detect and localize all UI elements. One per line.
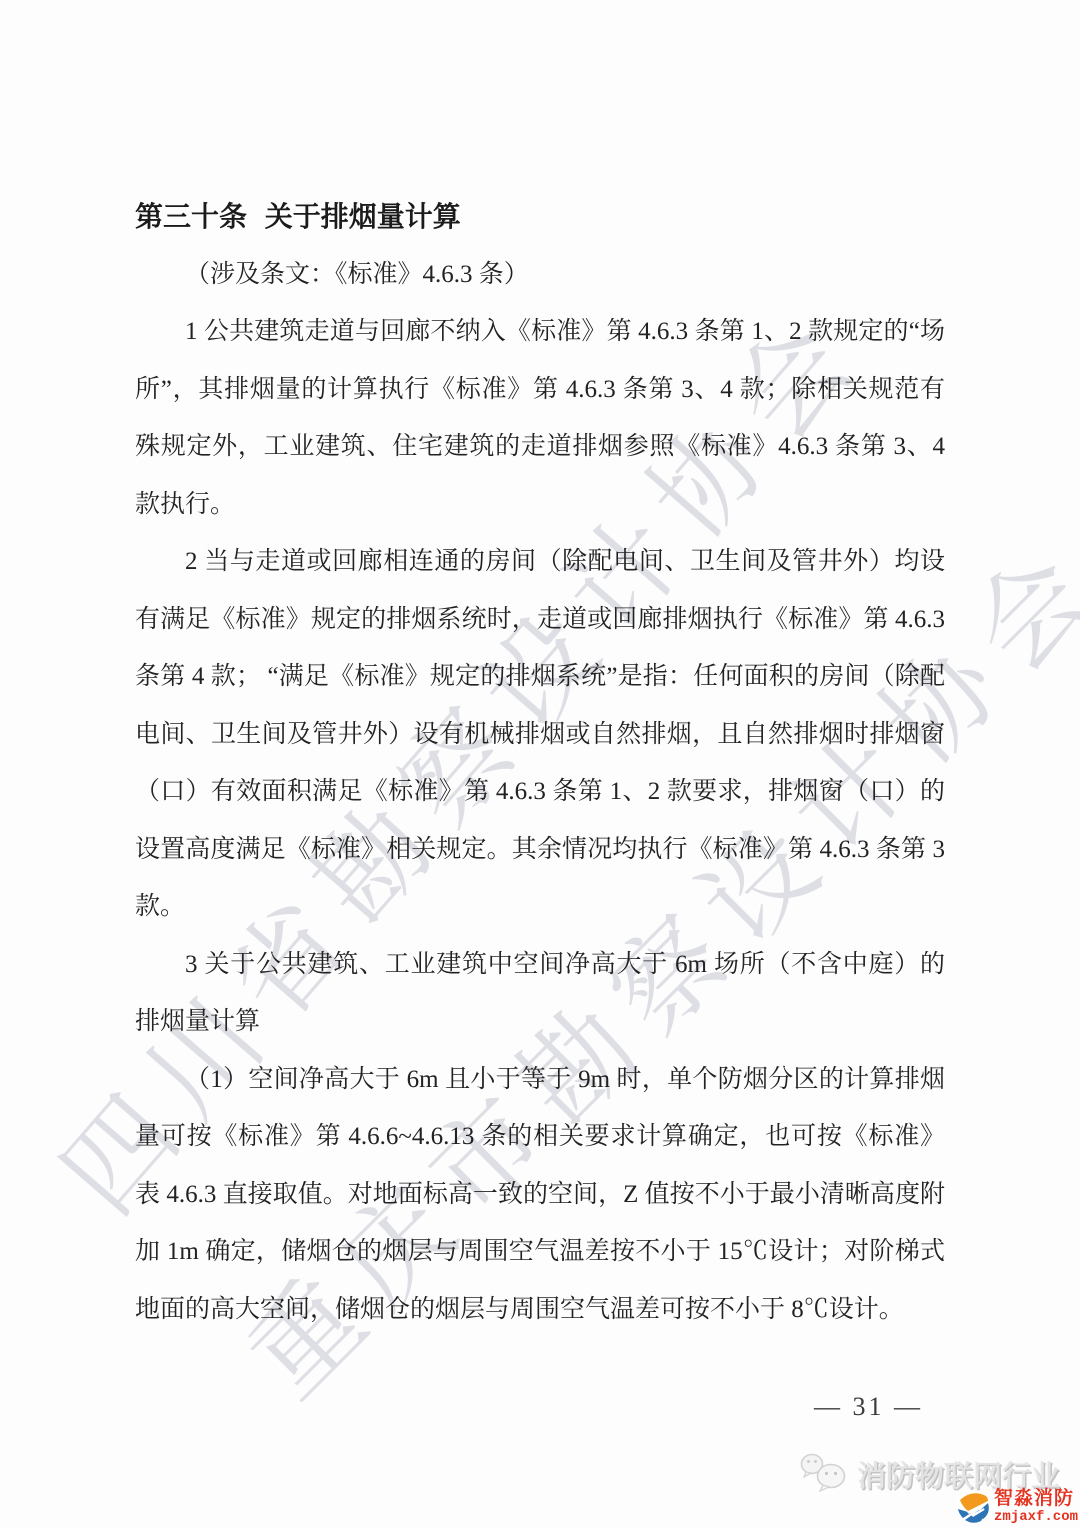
document-line: 2 当与走道或回廊相连通的房间（除配电间、卫生间及管井外）均设	[135, 533, 945, 591]
brand-site: zmjaxf.com	[994, 1510, 1078, 1524]
document-line: 款执行。	[135, 476, 945, 534]
document-line: 殊规定外，工业建筑、住宅建筑的走道排烟参照《标准》4.6.3 条第 3、4	[135, 418, 945, 476]
document-body: 第三十条 关于排烟量计算 （涉及条文：《标准》4.6.3 条）1 公共建筑走道与…	[135, 188, 945, 1338]
document-line: 表 4.6.3 直接取值。对地面标高一致的空间，Z 值按不小于最小清晰高度附	[135, 1166, 945, 1224]
document-line: 电间、卫生间及管井外）设有机械排烟或自然排烟，且自然排烟时排烟窗	[135, 706, 945, 764]
document-line: 设置高度满足《标准》相关规定。其余情况均执行《标准》第 4.6.3 条第 3	[135, 821, 945, 879]
document-page: 四川省勘察设计协会 重庆市勘察设计协会 第三十条 关于排烟量计算 （涉及条文：《…	[0, 0, 1080, 1527]
section-heading: 第三十条 关于排烟量计算	[135, 188, 945, 246]
document-line: 款。	[135, 878, 945, 936]
document-paragraphs: （涉及条文：《标准》4.6.3 条）1 公共建筑走道与回廊不纳入《标准》第 4.…	[135, 246, 945, 1339]
document-line: （口）有效面积满足《标准》第 4.6.3 条第 1、2 款要求，排烟窗（口）的	[135, 763, 945, 821]
document-line: 3 关于公共建筑、工业建筑中空间净高大于 6m 场所（不含中庭）的	[135, 936, 945, 994]
brand-name: 智淼消防	[994, 1489, 1078, 1508]
document-line: 量可按《标准》第 4.6.6~4.6.13 条的相关要求计算确定，也可按《标准》	[135, 1108, 945, 1166]
document-line: 加 1m 确定，储烟仓的烟层与周围空气温差按不小于 15℃设计；对阶梯式	[135, 1223, 945, 1281]
document-line: 1 公共建筑走道与回廊不纳入《标准》第 4.6.3 条第 1、2 款规定的“场	[135, 303, 945, 361]
document-line: 排烟量计算	[135, 993, 945, 1051]
document-line: 地面的高大空间，储烟仓的烟层与周围空气温差可按不小于 8℃设计。	[135, 1281, 945, 1339]
document-line: 所”，其排烟量的计算执行《标准》第 4.6.3 条第 3、4 款；除相关规范有特	[135, 361, 945, 419]
document-line: 条第 4 款； “满足《标准》规定的排烟系统”是指：任何面积的房间（除配	[135, 648, 945, 706]
page-number: — 31 —	[814, 1392, 923, 1422]
zhimiao-fire-logo-icon	[955, 1489, 991, 1527]
wechat-icon	[799, 1450, 851, 1499]
document-line: 有满足《标准》规定的排烟系统时，走道或回廊排烟执行《标准》第 4.6.3	[135, 591, 945, 649]
document-line: （1）空间净高大于 6m 且小于等于 9m 时，单个防烟分区的计算排烟	[135, 1051, 945, 1109]
document-line: （涉及条文：《标准》4.6.3 条）	[135, 246, 945, 304]
brand-badge: 智淼消防 zmjaxf.com	[955, 1489, 1078, 1527]
